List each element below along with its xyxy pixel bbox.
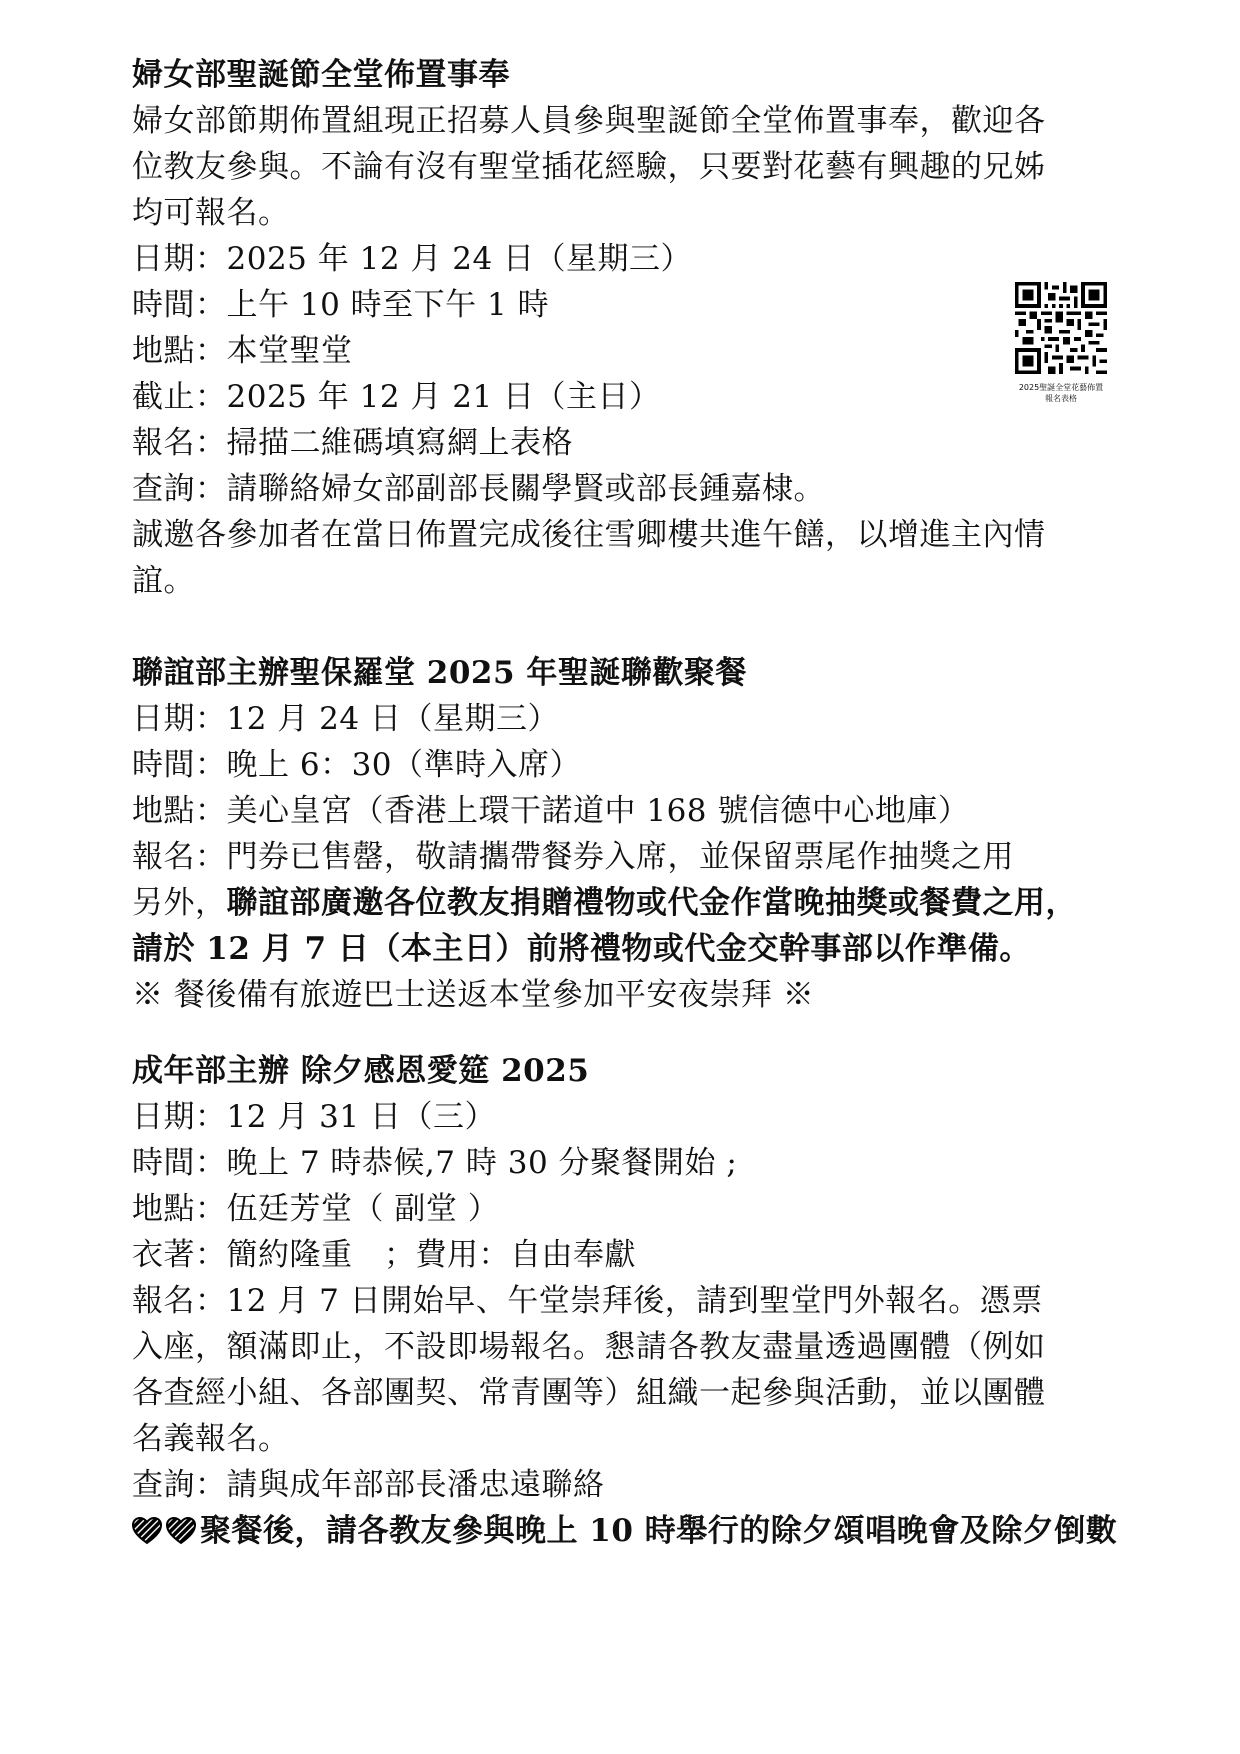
detail-registration: 報名：12 月 7 日開始早、午堂崇拜後，請到聖堂門外報名。憑票	[132, 1278, 1142, 1324]
heart-icon	[132, 1517, 162, 1545]
detail-location: 地點：美心皇宮（香港上環干諾道中 168 號信德中心地庫）	[132, 788, 1142, 834]
qr-code-icon[interactable]	[1015, 282, 1107, 374]
body-line: 誼。	[132, 558, 1142, 604]
footer-note: 聚餐後，請各教友參與晚上 10 時舉行的除夕頌唱晚會及除夕倒數	[132, 1508, 1142, 1554]
body-line: 位教友參與。不論有沒有聖堂插花經驗，只要對花藝有興趣的兄姊	[132, 144, 1142, 190]
body-line: 各查經小組、各部團契、常青團等）組織一起參與活動，並以團體	[132, 1370, 1142, 1416]
detail-dress-fee: 衣著：簡約隆重 ；費用：自由奉獻	[132, 1232, 1142, 1278]
footer-text: 聚餐後，請各教友參與晚上 10 時舉行的除夕頌唱晚會及除夕倒數	[200, 1513, 1117, 1549]
spacer	[132, 1018, 1142, 1048]
detail-time: 時間：晚上 7 時恭候,7 時 30 分聚餐開始 ;	[132, 1140, 1142, 1186]
donation-deadline: 請於 12 月 7 日（本主日）前將禮物或代金交幹事部以作準備。	[132, 926, 1142, 972]
section-new-year-eve: 成年部主辦 除夕感恩愛筵 2025 日期：12 月 31 日（三） 時間：晚上 …	[132, 1048, 1142, 1554]
detail-time: 時間：晚上 6：30（準時入席）	[132, 742, 1142, 788]
body-line: 名義報名。	[132, 1416, 1142, 1462]
detail-time: 時間：上午 10 時至下午 1 時	[132, 282, 1142, 328]
section-title: 聯誼部主辦聖保羅堂 2025 年聖誕聯歡聚餐	[132, 650, 1142, 696]
detail-enquiry: 查詢：請與成年部部長潘忠遠聯絡	[132, 1462, 1142, 1508]
bulletin-page: 婦女部聖誕節全堂佈置事奉 婦女部節期佈置組現正招募人員參與聖誕節全堂佈置事奉，歡…	[132, 52, 1142, 1554]
section-christmas-dinner: 聯誼部主辦聖保羅堂 2025 年聖誕聯歡聚餐 日期：12 月 24 日（星期三）…	[132, 650, 1142, 1018]
section-title: 成年部主辦 除夕感恩愛筵 2025	[132, 1048, 1142, 1094]
section-womens-decoration: 婦女部聖誕節全堂佈置事奉 婦女部節期佈置組現正招募人員參與聖誕節全堂佈置事奉，歡…	[132, 52, 1142, 604]
detail-date: 日期：2025 年 12 月 24 日（星期三）	[132, 236, 1142, 282]
detail-registration: 報名：掃描二維碼填寫網上表格	[132, 420, 1142, 466]
detail-date: 日期：12 月 24 日（星期三）	[132, 696, 1142, 742]
body-line: 入座，額滿即止，不設即場報名。懇請各教友盡量透過團體（例如	[132, 1324, 1142, 1370]
detail-date: 日期：12 月 31 日（三）	[132, 1094, 1142, 1140]
qr-caption-line: 報名表格	[985, 393, 1137, 404]
detail-location: 地點：伍廷芳堂（ 副堂 ）	[132, 1186, 1142, 1232]
notice-prefix: 另外，	[132, 885, 227, 921]
notice-text: 聯誼部廣邀各位教友捐贈禮物或代金作當晚抽獎或餐費之用，	[227, 885, 1078, 921]
detail-enquiry: 查詢：請聯絡婦女部副部長關學賢或部長鍾嘉棣。	[132, 466, 1142, 512]
detail-registration: 報名：門券已售罄，敬請攜帶餐券入席，並保留票尾作抽獎之用	[132, 834, 1142, 880]
section-title: 婦女部聖誕節全堂佈置事奉	[132, 52, 1142, 98]
detail-location: 地點：本堂聖堂	[132, 328, 1142, 374]
body-line: 婦女部節期佈置組現正招募人員參與聖誕節全堂佈置事奉，歡迎各	[132, 98, 1142, 144]
body-line: 誠邀各參加者在當日佈置完成後往雪卿樓共進午饍，以增進主內情	[132, 512, 1142, 558]
body-line: 均可報名。	[132, 190, 1142, 236]
qr-caption: 2025聖誕全堂花藝佈置 報名表格	[985, 382, 1137, 404]
heart-icon	[166, 1517, 196, 1545]
qr-caption-line: 2025聖誕全堂花藝佈置	[985, 382, 1137, 393]
bus-note: ※ 餐後備有旅遊巴士送返本堂參加平安夜崇拜 ※	[132, 972, 1142, 1018]
donation-notice: 另外，聯誼部廣邀各位教友捐贈禮物或代金作當晚抽獎或餐費之用，	[132, 880, 1142, 926]
spacer	[132, 604, 1142, 650]
